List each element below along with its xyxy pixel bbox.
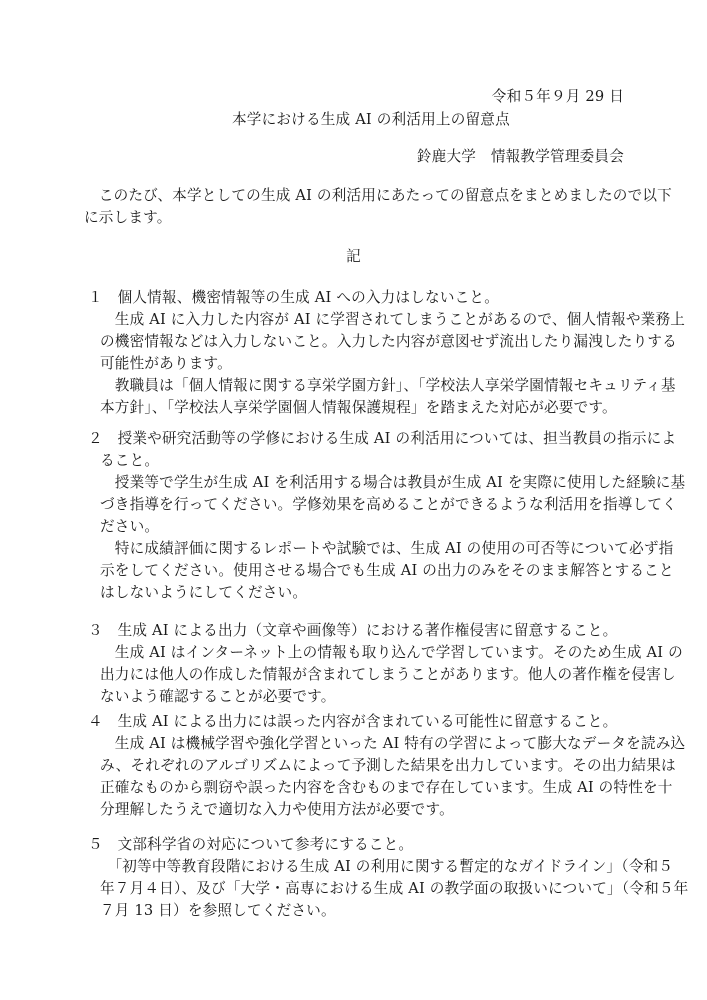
- section-line: 正確なものから剽窃や誤った内容を含むものまで存在しています。生成 AI の特性を…: [100, 777, 673, 799]
- document-title: 本学における生成 AI の利活用上の留意点: [232, 109, 510, 131]
- section-heading: ４ 生成 AI による出力には誤った内容が含まれている可能性に留意すること。: [88, 711, 617, 733]
- section-line: 示をしてください。使用させる場合でも生成 AI の出力のみをそのまま解答とするこ…: [100, 560, 674, 582]
- section-heading: ２ 授業や研究活動等の学修における生成 AI の利活用については、担当教員の指示…: [88, 428, 676, 450]
- intro-line: に示します。: [84, 207, 172, 229]
- section-line: 出力には他人の作成した情報が含まれてしまうことがあります。他人の著作権を侵害し: [100, 664, 676, 686]
- section-line: 年７月４日）、及び「大学・高専における生成 AI の教学面の取扱いについて」（令…: [100, 878, 688, 900]
- section-line: づき指導を行ってください。学修効果を高めることができるような利活用を指導してく: [100, 494, 677, 516]
- document-date: 令和５年９月 29 日: [492, 86, 624, 108]
- section-line: 生成 AI は機械学習や強化学習といった AI 特有の学習によって膨大なデータを…: [100, 733, 685, 755]
- section-line: 「初等中等教育段階における生成 AI の利用に関する暫定的なガイドライン」（令和…: [100, 856, 673, 878]
- section-line: 分理解したうえで適切な入力や使用方法が必要です。: [100, 799, 454, 821]
- section-line: み、それぞれのアルゴリズムによって予測した結果を出力しています。その出力結果は: [100, 755, 676, 777]
- section-line: 授業等で学生が生成 AI を利活用する場合は教員が生成 AI を実際に使用した経…: [100, 472, 685, 494]
- section-line: ７月 13 日）を参照してください。: [100, 900, 336, 922]
- section-line: 可能性があります。: [100, 353, 232, 375]
- section-heading-cont: ること。: [100, 450, 159, 472]
- section-heading: ３ 生成 AI による出力（文章や画像等）における著作権侵害に留意すること。: [88, 620, 617, 642]
- section-line: ださい。: [100, 516, 159, 538]
- section-heading: ５ 文部科学省の対応について参考にすること。: [88, 834, 413, 856]
- section-line: ないよう確認することが必要です。: [100, 686, 336, 708]
- ki-marker: 記: [0, 246, 707, 268]
- section-heading: １ 個人情報、機密情報等の生成 AI への入力はしないこと。: [88, 287, 499, 309]
- section-line: はしないようにしてください。: [100, 582, 307, 604]
- section-line: 本方針」、「学校法人享栄学園個人情報保護規程」を踏まえた対応が必要です。: [100, 397, 617, 419]
- document-page: 令和５年９月 29 日 本学における生成 AI の利活用上の留意点 鈴鹿大学 情…: [0, 0, 707, 1000]
- section-line: の機密情報などは入力しないこと。入力した内容が意図せず流出したり漏洩したりする: [100, 331, 677, 353]
- issuer: 鈴鹿大学 情報教学管理委員会: [417, 146, 624, 168]
- section-line: 生成 AI に入力した内容が AI に学習されてしまうことがあるので、個人情報や…: [100, 309, 685, 331]
- section-line: 教職員は「個人情報に関する享栄学園方針」、「学校法人享栄学園情報セキュリティ基: [100, 375, 676, 397]
- intro-line: このたび、本学としての生成 AI の利活用にあたっての留意点をまとめましたので以…: [84, 185, 672, 207]
- section-line: 生成 AI はインターネット上の情報も取り込んで学習しています。そのため生成 A…: [100, 642, 683, 664]
- section-line: 特に成績評価に関するレポートや試験では、生成 AI の使用の可否等について必ず指: [100, 538, 673, 560]
